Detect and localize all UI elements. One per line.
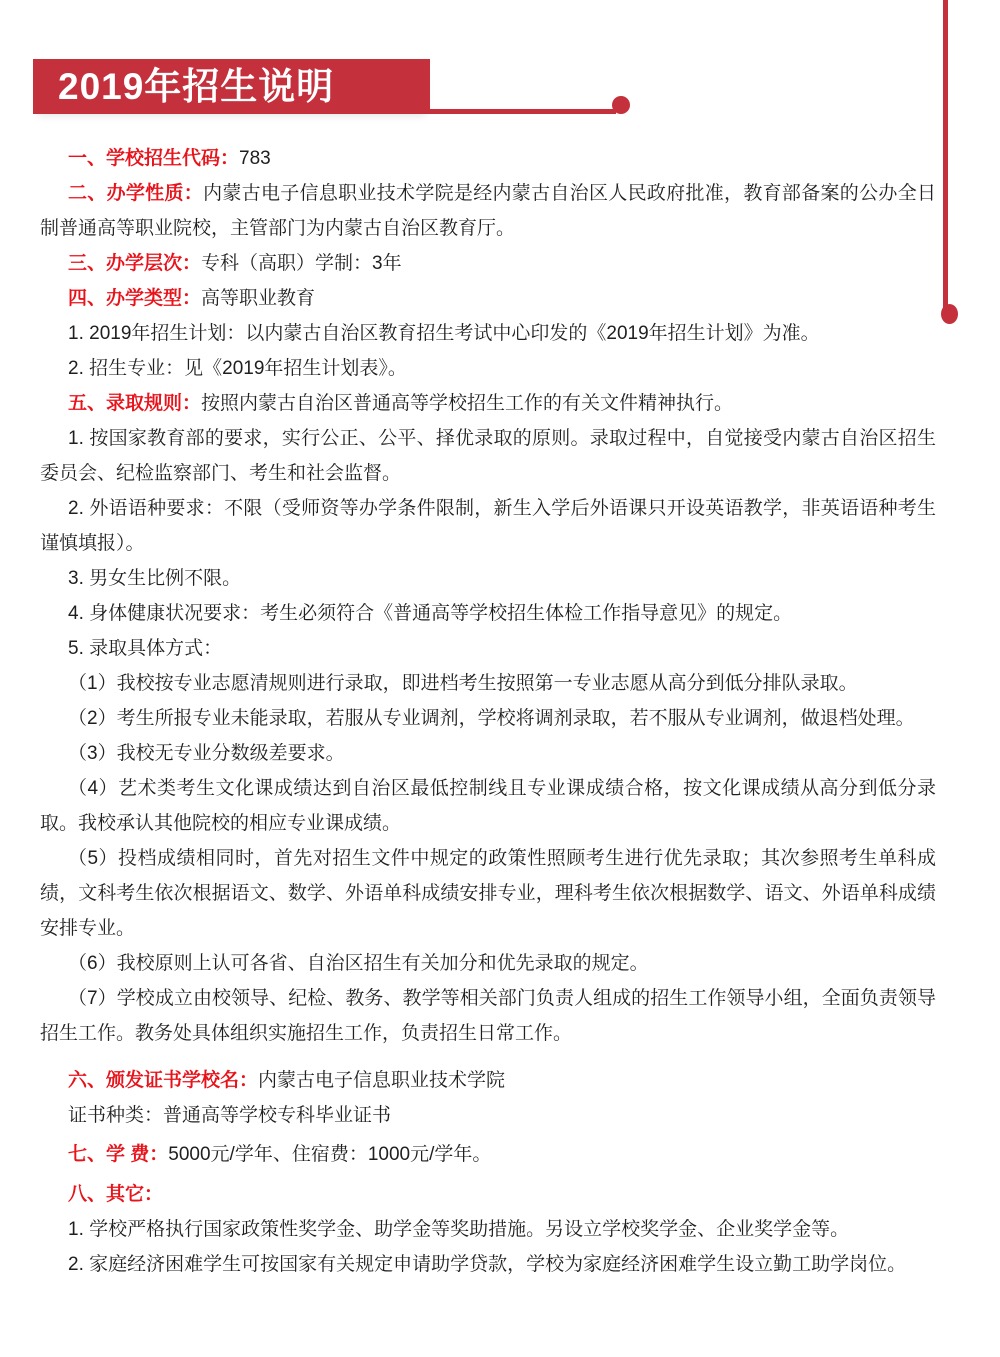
section-label: 一、学校招生代码： — [68, 148, 239, 169]
document-page: 2019年招生说明 一、学校招生代码：783二、办学性质：内蒙古电子信息职业技术… — [0, 0, 1000, 1357]
section-paragraph: 一、学校招生代码：783 — [40, 141, 936, 176]
paragraph-text: 5000元/学年、住宿费：1000元/学年。 — [168, 1144, 491, 1165]
section-label: 二、办学性质： — [68, 183, 203, 204]
paragraph: （6）我校原则上认可各省、自治区招生有关加分和优先录取的规定。 — [40, 946, 936, 981]
section-paragraph: 五、录取规则：按照内蒙古自治区普通高等学校招生工作的有关文件精神执行。 — [40, 386, 936, 421]
paragraph-text: 1. 按国家教育部的要求，实行公正、公平、择优录取的原则。录取过程中，自觉接受内… — [40, 428, 936, 484]
paragraph-text: 3. 男女生比例不限。 — [68, 568, 241, 589]
paragraph-text: （3）我校无专业分数级差要求。 — [68, 743, 345, 764]
section-paragraph: 四、办学类型：高等职业教育 — [40, 281, 936, 316]
content-body: 一、学校招生代码：783二、办学性质：内蒙古电子信息职业技术学院是经内蒙古自治区… — [40, 141, 936, 1282]
paragraph-text: （7）学校成立由校领导、纪检、教务、教学等相关部门负责人组成的招生工作领导小组，… — [40, 988, 936, 1044]
paragraph: 2. 外语语种要求：不限（受师资等办学条件限制，新生入学后外语课只开设英语教学，… — [40, 491, 936, 561]
paragraph: 1. 按国家教育部的要求，实行公正、公平、择优录取的原则。录取过程中，自觉接受内… — [40, 421, 936, 491]
banner-underline-dot — [612, 96, 630, 114]
paragraph-text: （1）我校按专业志愿清规则进行录取，即进档考生按照第一专业志愿从高分到低分排队录… — [68, 673, 858, 694]
paragraph: （7）学校成立由校领导、纪检、教务、教学等相关部门负责人组成的招生工作领导小组，… — [40, 981, 936, 1051]
paragraph: 证书种类：普通高等学校专科毕业证书 — [40, 1098, 936, 1133]
paragraph-text: 2. 外语语种要求：不限（受师资等办学条件限制，新生入学后外语课只开设英语教学，… — [40, 498, 936, 554]
paragraph: 1. 学校严格执行国家政策性奖学金、助学金等奖助措施。另设立学校奖学金、企业奖学… — [40, 1212, 936, 1247]
paragraph-text: 按照内蒙古自治区普通高等学校招生工作的有关文件精神执行。 — [201, 393, 733, 414]
banner-underline — [430, 109, 616, 114]
paragraph: （2）考生所报专业未能录取，若服从专业调剂，学校将调剂录取，若不服从专业调剂，做… — [40, 701, 936, 736]
paragraph: 1. 2019年招生计划：以内蒙古自治区教育招生考试中心印发的《2019年招生计… — [40, 316, 936, 351]
section-label: 八、其它： — [68, 1184, 163, 1205]
paragraph: 2. 招生专业：见《2019年招生计划表》。 — [40, 351, 936, 386]
paragraph-text: 高等职业教育 — [201, 288, 315, 309]
page-title: 2019年招生说明 — [33, 59, 430, 114]
paragraph: （1）我校按专业志愿清规则进行录取，即进档考生按照第一专业志愿从高分到低分排队录… — [40, 666, 936, 701]
section-paragraph: 三、办学层次：专科（高职）学制：3年 — [40, 246, 936, 281]
section-label: 三、办学层次： — [68, 253, 201, 274]
paragraph-text: 2. 招生专业：见《2019年招生计划表》。 — [68, 358, 407, 379]
paragraph: （3）我校无专业分数级差要求。 — [40, 736, 936, 771]
section-paragraph: 二、办学性质：内蒙古电子信息职业技术学院是经内蒙古自治区人民政府批准，教育部备案… — [40, 176, 936, 246]
right-accent-dot — [941, 304, 958, 324]
paragraph-text: 4. 身体健康状况要求：考生必须符合《普通高等学校招生体检工作指导意见》的规定。 — [68, 603, 792, 624]
paragraph-text: （6）我校原则上认可各省、自治区招生有关加分和优先录取的规定。 — [68, 953, 649, 974]
paragraph: 3. 男女生比例不限。 — [40, 561, 936, 596]
paragraph-text: 1. 学校严格执行国家政策性奖学金、助学金等奖助措施。另设立学校奖学金、企业奖学… — [68, 1219, 849, 1240]
paragraph-text: 5. 录取具体方式： — [68, 638, 222, 659]
title-banner: 2019年招生说明 — [33, 59, 430, 114]
section-paragraph: 八、其它： — [40, 1177, 936, 1212]
paragraph-text: （4）艺术类考生文化课成绩达到自治区最低控制线且专业课成绩合格，按文化课成绩从高… — [40, 778, 936, 834]
paragraph-text: 783 — [239, 148, 271, 169]
paragraph: （5）投档成绩相同时，首先对招生文件中规定的政策性照顾考生进行优先录取；其次参照… — [40, 841, 936, 946]
paragraph-text: 2. 家庭经济困难学生可按国家有关规定申请助学贷款，学校为家庭经济困难学生设立勤… — [68, 1254, 906, 1275]
section-label: 七、学 费： — [68, 1144, 168, 1165]
section-paragraph: 七、学 费：5000元/学年、住宿费：1000元/学年。 — [40, 1137, 936, 1172]
paragraph: （4）艺术类考生文化课成绩达到自治区最低控制线且专业课成绩合格，按文化课成绩从高… — [40, 771, 936, 841]
paragraph: 5. 录取具体方式： — [40, 631, 936, 666]
paragraph-text: （5）投档成绩相同时，首先对招生文件中规定的政策性照顾考生进行优先录取；其次参照… — [40, 848, 936, 939]
section-label: 五、录取规则： — [68, 393, 201, 414]
paragraph-text: 证书种类：普通高等学校专科毕业证书 — [68, 1105, 391, 1126]
right-accent-line — [943, 0, 948, 315]
section-label: 六、颁发证书学校名： — [68, 1070, 258, 1091]
paragraph-text: 内蒙古电子信息职业技术学院 — [258, 1070, 505, 1091]
paragraph-text: （2）考生所报专业未能录取，若服从专业调剂，学校将调剂录取，若不服从专业调剂，做… — [68, 708, 915, 729]
paragraph: 4. 身体健康状况要求：考生必须符合《普通高等学校招生体检工作指导意见》的规定。 — [40, 596, 936, 631]
paragraph: 2. 家庭经济困难学生可按国家有关规定申请助学贷款，学校为家庭经济困难学生设立勤… — [40, 1247, 936, 1282]
paragraph-text: 1. 2019年招生计划：以内蒙古自治区教育招生考试中心印发的《2019年招生计… — [68, 323, 820, 344]
paragraph-text: 专科（高职）学制：3年 — [201, 253, 402, 274]
section-paragraph: 六、颁发证书学校名：内蒙古电子信息职业技术学院 — [40, 1063, 936, 1098]
section-label: 四、办学类型： — [68, 288, 201, 309]
